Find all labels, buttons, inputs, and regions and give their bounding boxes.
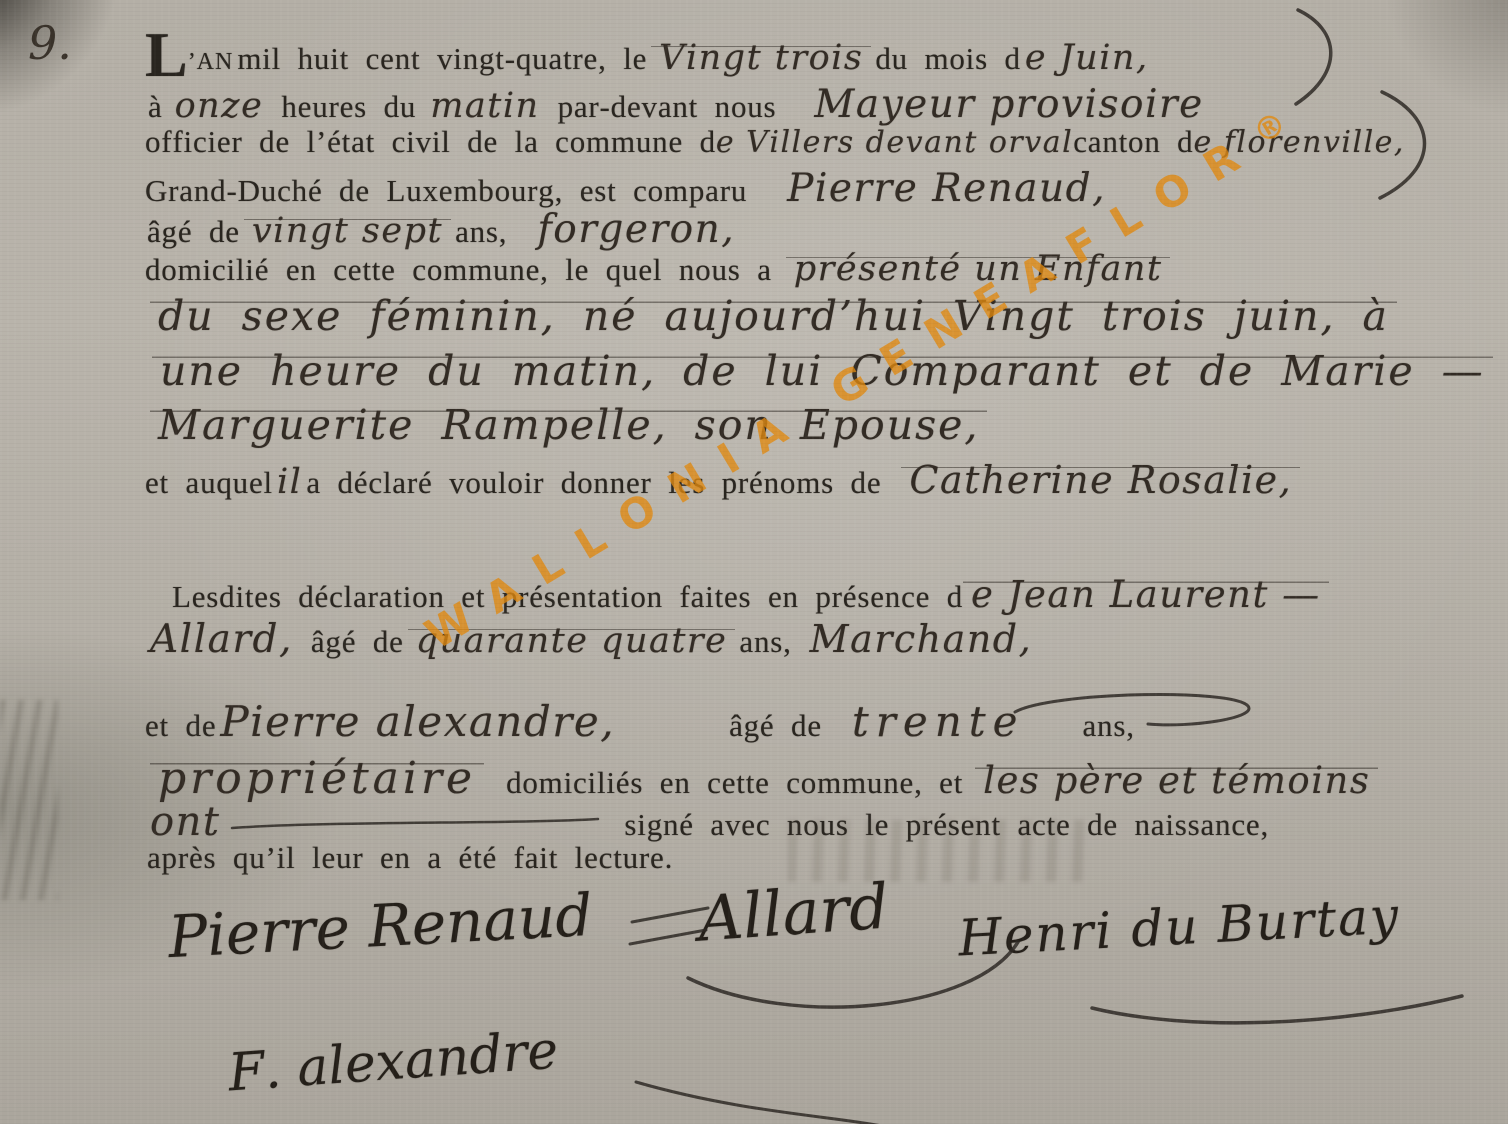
handwritten-entry: Marguerite Rampelle, son Epouse, (150, 401, 987, 449)
handwritten-entry: matin (430, 86, 539, 126)
act-line-15: ont signé avec nous le présent acte de n… (150, 799, 1269, 845)
act-line-14: propriétaire domiciliés en cette commune… (150, 753, 1378, 804)
printed-text: Lesdites déclaration et présentation fai… (172, 579, 963, 614)
printed-text: âgé de (729, 708, 822, 743)
printed-text: officier de l’état civil de la commune d (145, 124, 716, 159)
printed-text: après qu’il leur en a été fait lecture. (147, 840, 673, 875)
act-line-7: du sexe féminin, né aujourd’hui Vingt tr… (150, 292, 1397, 340)
handwritten-entry: trente (852, 697, 1025, 746)
printed-text: âgé de (311, 624, 404, 659)
printed-text: domiciliés en cette commune, et (506, 765, 963, 800)
handwritten-entry: propriétaire (150, 753, 484, 804)
printed-text: mil huit cent vingt-quatre, le (237, 41, 647, 76)
printed-text: âgé de (147, 214, 240, 249)
signature-mayor: Henri du Burtay (957, 886, 1402, 967)
printed-text: et de (145, 708, 216, 743)
bleed-through-artifact (0, 700, 58, 900)
printed-text: domicilié en cette commune, le quel nous… (145, 252, 772, 287)
printed-text: ans, (455, 214, 507, 249)
margin-act-number: 9. (28, 16, 72, 70)
handwritten-entry: vingt sept (244, 211, 451, 251)
signature-f-alexandre: F. alexandre (226, 1021, 560, 1104)
drop-cap: L (145, 29, 188, 80)
printed-text: ’AN (188, 49, 234, 75)
printed-text: par-devant nous (558, 89, 777, 124)
act-line-1: L’AN mil huit cent vingt-quatre, le Ving… (145, 22, 1149, 78)
printed-text: Grand-Duché de Luxembourg, est comparu (145, 173, 747, 208)
birth-act-scan: 9. L’AN mil huit cent vingt-quatre, le V… (0, 0, 1508, 1124)
act-line-12: Allard, âgé de quarante quatre ans, Marc… (150, 617, 1032, 662)
printed-text: et auquel (145, 465, 273, 500)
handwritten-entry: du sexe féminin, né aujourd’hui Vingt tr… (150, 292, 1397, 340)
handwritten-entry: il (277, 462, 302, 502)
handwritten-entry: e Villers devant orval (716, 125, 1073, 160)
handwritten-entry: e Jean Laurent — (963, 573, 1329, 616)
printed-text: ans, (1083, 708, 1135, 743)
handwritten-entry: onze (175, 86, 264, 126)
act-line-5: âgé de vingt sept ans, forgeron, (147, 207, 735, 252)
printed-text: ans, (739, 624, 791, 659)
printed-text: à (148, 89, 163, 124)
printed-text: du mois d (875, 41, 1021, 76)
printed-text: signé avec nous le présent acte de naiss… (624, 807, 1269, 842)
signature-pierre-renaud: Pierre Renaud (167, 881, 595, 971)
handwritten-entry: les père et témoins (975, 759, 1378, 802)
act-line-16: après qu’il leur en a été fait lecture. (147, 840, 673, 876)
printed-text: a déclaré vouloir donner les prénoms de (306, 465, 881, 500)
handwritten-entry: Catherine Rosalie, (901, 458, 1300, 502)
printed-text: heures du (281, 89, 416, 124)
handwritten-entry: forgeron, (537, 207, 735, 252)
handwritten-entry: Allard, (150, 617, 293, 662)
handwritten-entry: e Juin, (1025, 38, 1149, 78)
act-line-4: Grand-Duché de Luxembourg, est comparu P… (145, 166, 1106, 211)
handwritten-entry: Mayeur provisoire (814, 82, 1203, 127)
signature-allard: Allard (696, 869, 891, 955)
act-line-2: à onze heures du matin par-devant nous M… (148, 82, 1204, 127)
handwritten-entry: Vingt trois (651, 38, 871, 78)
handwritten-entry: Pierre Renaud, (787, 166, 1106, 211)
act-line-11: Lesdites déclaration et présentation fai… (172, 573, 1329, 616)
act-line-9: Marguerite Rampelle, son Epouse, (150, 401, 987, 449)
handwritten-entry: Marchand, (810, 617, 1033, 661)
printed-text: canton d (1073, 124, 1193, 159)
act-line-13: et de Pierre alexandre, âgé de trente an… (145, 697, 1135, 746)
handwritten-entry: ont (150, 799, 220, 845)
handwritten-entry: Pierre alexandre, (220, 697, 615, 746)
